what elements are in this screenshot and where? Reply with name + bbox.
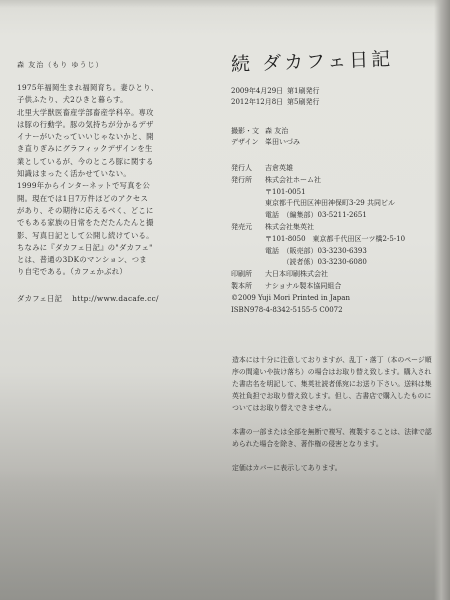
publisher-row: 〒101-8050 東京都千代田区一ツ橋2-5-10: [231, 234, 405, 246]
bio-line: があり、その期待に応えるべく、どこに: [17, 205, 167, 217]
bio-line: ちなみに『ダカフェ日記』の"ダカフェ": [17, 242, 167, 254]
bio-line: 1999年からインターネットで写真を公: [17, 180, 167, 192]
publisher-role: 発行所: [231, 175, 265, 187]
bio-line: 影、写真日記として公開し続けている。: [17, 230, 167, 242]
bio-line: 子供ふたり、犬2ひきと暮らす。: [17, 94, 167, 106]
credits: 撮影・文 森 友治 デザイン 峯田いづみ: [231, 126, 300, 148]
edition-date: 2009年4月29日: [231, 86, 287, 97]
isbn-line: ISBN978-4-8342-5155-5 C0072: [231, 305, 405, 317]
legal-notes: 造本には十分に注意しておりますが、乱丁・落丁（本のページ順序の間違いや抜け落ち）…: [232, 354, 432, 486]
copyright: ©2009 Yuji Mori Printed in Japan: [231, 293, 350, 305]
edition-label: 第1刷発行: [287, 86, 319, 97]
publisher-row: 〒101-0051: [231, 187, 405, 199]
bio-line: 北里大学獣医畜産学部畜産学科卒。専攻: [17, 107, 167, 119]
publisher-role: 製本所: [231, 281, 265, 293]
credit-row: 撮影・文 森 友治: [231, 126, 300, 137]
edition-row: 2012年12月8日 第5刷発行: [231, 97, 319, 108]
page-bottom-shadow: [0, 470, 450, 600]
author-name: 森 友治（もり ゆうじ）: [17, 59, 103, 71]
copyright-line: ©2009 Yuji Mori Printed in Japan: [231, 293, 405, 305]
author-bio: 1975年福岡生まれ福岡育ち。妻ひとり、 子供ふたり、犬2ひきと暮らす。 北里大…: [17, 82, 167, 279]
publisher-row: 発行所株式会社ホーム社: [231, 175, 405, 187]
publisher-row: 製本所ナショナル製本協同組合: [231, 281, 405, 293]
book-title: 続 ダカフェ日記: [231, 44, 394, 77]
bio-line: でもある家族の日常をただたんたんと撮: [17, 217, 167, 229]
bio-line: り自宅である。（カフェかぶれ）: [17, 266, 167, 278]
edition-history: 2009年4月29日 第1刷発行 2012年12月8日 第5刷発行: [231, 86, 319, 108]
bio-line: き直りぎみにグラフィックデザインを生: [17, 143, 167, 155]
publisher-role: [231, 198, 265, 210]
publisher-row: 印刷所大日本印刷株式会社: [231, 269, 405, 281]
edition-date: 2012年12月8日: [231, 97, 287, 108]
publisher-value: 電話 （編集部）03-5211-2651: [265, 210, 367, 222]
publisher-row: （読者係）03-3230-6080: [231, 257, 405, 269]
colophon-page: 森 友治（もり ゆうじ） 1975年福岡生まれ福岡育ち。妻ひとり、 子供ふたり、…: [0, 0, 450, 600]
publisher-value: （読者係）03-3230-6080: [265, 257, 367, 269]
bio-line: は豚の行動学。豚の気持ちが分かるデザ: [17, 119, 167, 131]
page-binding-edge: [434, 0, 450, 600]
bio-line: 1975年福岡生まれ福岡育ち。妻ひとり、: [17, 82, 167, 94]
publisher-value: 吉倉英雄: [265, 163, 293, 175]
bio-line: とは、普通の3DKのマンション、つま: [17, 254, 167, 266]
publisher-role: [231, 210, 265, 222]
publisher-role: 印刷所: [231, 269, 265, 281]
bio-line: 知識はまったく活かせていない。: [17, 168, 167, 180]
website-url: http://www.dacafe.cc/: [72, 294, 159, 303]
credit-name: 峯田いづみ: [265, 137, 300, 148]
website-label: ダカフェ日記: [17, 294, 62, 303]
publisher-role: 発売元: [231, 222, 265, 234]
publisher-value: ナショナル製本協同組合: [265, 281, 341, 293]
publisher-role: 発行人: [231, 163, 265, 175]
credit-role: デザイン: [231, 137, 265, 148]
note-replacement: 造本には十分に注意しておりますが、乱丁・落丁（本のページ順序の間違いや抜け落ち）…: [232, 354, 432, 414]
publisher-value: 〒101-0051: [265, 187, 306, 199]
publisher-value: 東京都千代田区神田神保町3-29 共同ビル: [265, 198, 395, 210]
publisher-role: [231, 246, 265, 258]
publisher-value: 〒101-8050 東京都千代田区一ツ橋2-5-10: [265, 234, 405, 246]
publisher-row: 発売元株式会社集英社: [231, 222, 405, 234]
edition-row: 2009年4月29日 第1刷発行: [231, 86, 319, 97]
bio-line: 業としているが、今のところ豚に関する: [17, 156, 167, 168]
publisher-role: [231, 187, 265, 199]
credit-row: デザイン 峯田いづみ: [231, 137, 300, 148]
credit-name: 森 友治: [265, 126, 288, 137]
isbn: ISBN978-4-8342-5155-5 C0072: [231, 305, 343, 317]
publisher-info: 発行人吉倉英雄 発行所株式会社ホーム社 〒101-0051 東京都千代田区神田神…: [231, 163, 405, 316]
credit-role: 撮影・文: [231, 126, 265, 137]
bio-line: イナーがいたっていいじゃないかと、開: [17, 131, 167, 143]
publisher-row: 電話 （編集部）03-5211-2651: [231, 210, 405, 222]
page-top-shadow: [0, 0, 450, 8]
publisher-row: 東京都千代田区神田神保町3-29 共同ビル: [231, 198, 405, 210]
publisher-row: 電話 （販売部）03-3230-6393: [231, 246, 405, 258]
publisher-value: 株式会社ホーム社: [265, 175, 321, 187]
edition-label: 第5刷発行: [287, 97, 319, 108]
note-copyright: 本書の一部または全部を無断で複写、複製することは、法律で認められた場合を除き、著…: [232, 426, 432, 450]
publisher-value: 大日本印刷株式会社: [265, 269, 328, 281]
publisher-role: [231, 257, 265, 269]
publisher-value: 株式会社集英社: [265, 222, 314, 234]
publisher-row: 発行人吉倉英雄: [231, 163, 405, 175]
website-line: ダカフェ日記http://www.dacafe.cc/: [17, 293, 169, 305]
bio-line: 開。現在では1日7万件ほどのアクセス: [17, 193, 167, 205]
publisher-role: [231, 234, 265, 246]
publisher-value: 電話 （販売部）03-3230-6393: [265, 246, 367, 258]
